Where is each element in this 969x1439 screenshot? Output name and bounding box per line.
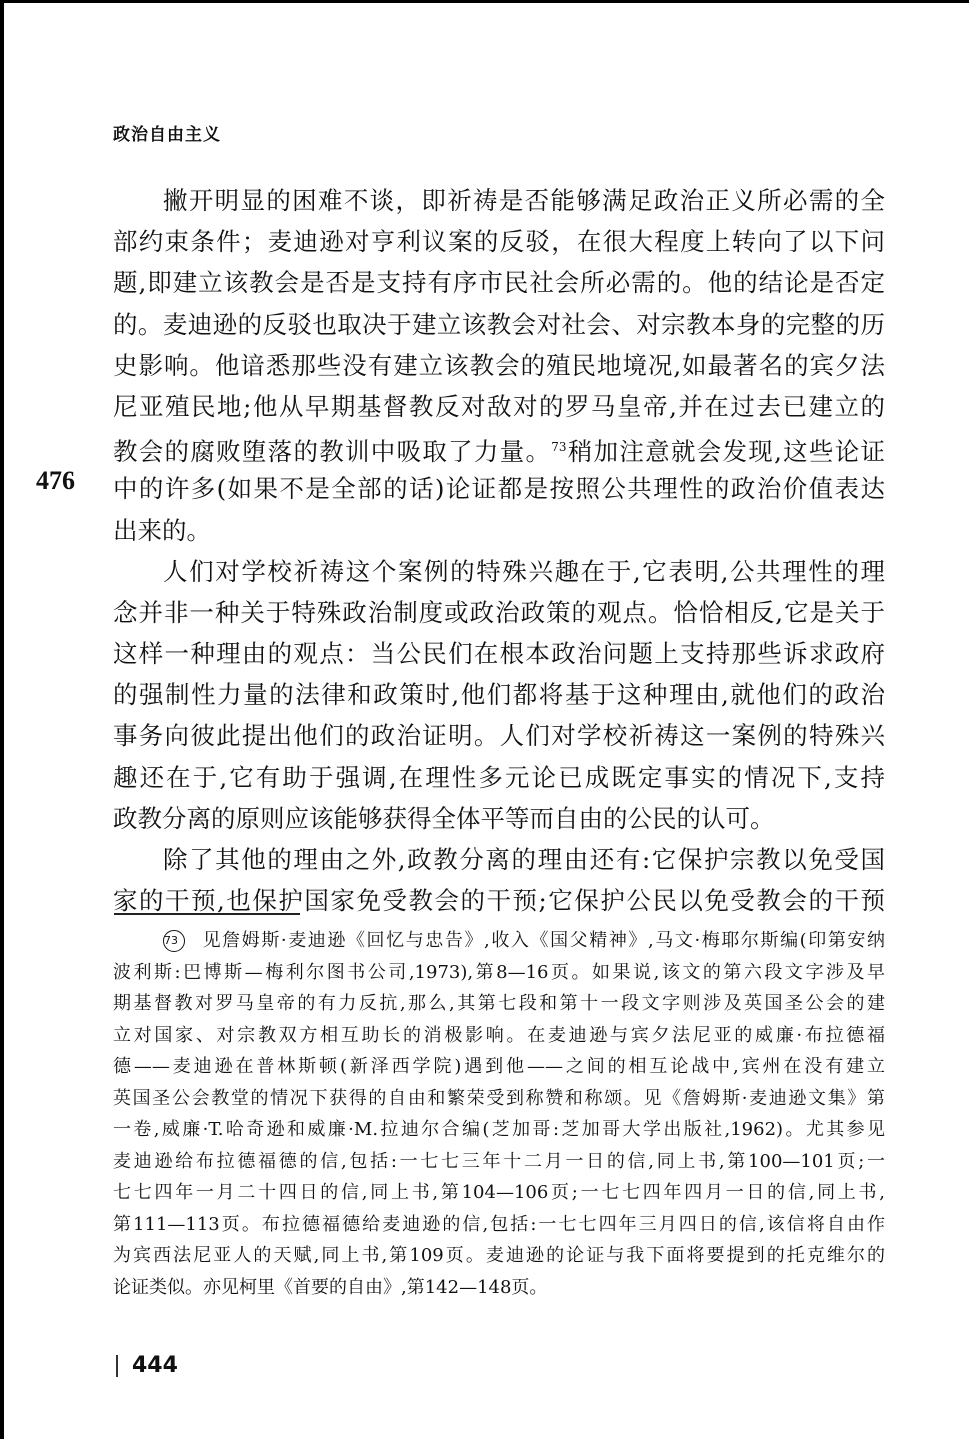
footnote-line: 波利斯:巴博斯—梅利尔图书公司,1973),第8—16页。如果说,该文的第六段文… [113,957,885,989]
page-number: 444 [132,1353,178,1378]
footnote-line: 第111—113页。布拉德福德给麦迪逊的信,包括:一七七四年三月四日的信,该信将… [113,1209,885,1241]
body-text: 撇开明显的困难不谈，即祈祷是否能够满足政治正义所必需的全 部约束条件；麦迪逊对亨… [113,180,885,921]
footnote-number-badge: 73 [163,930,185,952]
footnote-line: 七七四年一月二十四日的信,同上书,第104—106页;一七七四年四月一日的信,同… [113,1177,885,1209]
text-line: 这样一种理由的观点：当公民们在根本政治问题上支持那些诉求政府 [113,633,885,674]
page-border-left [0,0,4,1439]
text-line: 中的许多(如果不是全部的话)论证都是按照公共理性的政治价值表达 [113,468,885,509]
text-line: 部约束条件；麦迪逊对亨利议案的反驳，在很大程度上转向了以下问 [113,221,885,262]
text-line: 史影响。他谙悉那些没有建立该教会的殖民地境况,如最著名的宾夕法 [113,345,885,386]
text-line: 尼亚殖民地;他从早期基督教反对敌对的罗马皇帝,并在过去已建立的 [113,386,885,427]
text-line: 趣还在于,它有助于强调,在理性多元论已成既定事实的情况下,支持 [113,757,885,798]
text-line: 念并非一种关于特殊政治制度或政治政策的观点。恰恰相反,它是关于 [113,592,885,633]
text-line: 政教分离的原则应该能够获得全体平等而自由的公民的认可。 [113,798,885,839]
text-line: 的强制性力量的法律和政策时,他们都将基于这种理由,就他们的政治 [113,674,885,715]
folio: 444 [116,1353,178,1378]
footnote-line: 期基督教对罗马皇帝的有力反抗,那么,其第七段和第十一段文字则涉及英国圣公会的建 [113,988,885,1020]
footnote-line: 立对国家、对宗教双方相互助长的消极影响。在麦迪逊与宾夕法尼亚的威廉·布拉德福 [113,1020,885,1052]
footnote-text: 见詹姆斯·麦迪逊《回忆与忠告》,收入《国父精神》,马文·梅耶尔斯编(印第安纳 [201,930,885,951]
text-line: 事务向彼此提出他们的政治证明。人们对学校祈祷这一案例的特殊兴 [113,715,885,756]
text-line: 撇开明显的困难不谈，即祈祷是否能够满足政治正义所必需的全 [113,180,885,221]
footnote-line: 论证类似。亦见柯里《首要的自由》,第142—148页。 [113,1272,885,1304]
text-line: 出来的。 [113,510,885,551]
footnote-line: 73见詹姆斯·麦迪逊《回忆与忠告》,收入《国父精神》,马文·梅耶尔斯编(印第安纳 [113,925,885,957]
footnote-separator [114,913,300,915]
footnote-line: 英国圣公会教堂的情况下获得的自由和繁荣受到称赞和称颂。见《詹姆斯·麦迪逊文集》第 [113,1083,885,1115]
text-line: 的。麦迪逊的反驳也取决于建立该教会对社会、对宗教本身的完整的历 [113,304,885,345]
text-line: 题,即建立该教会是否是支持有序市民社会所必需的。他的结论是否定 [113,262,885,303]
text-segment: 教会的腐败堕落的教训中吸取了力量。 [113,437,551,466]
text-line: 除了其他的理由之外,政教分离的理由还有:它保护宗教以免受国 [113,839,885,880]
text-line: 人们对学校祈祷这个案例的特殊兴趣在于,它表明,公共理性的理 [113,551,885,592]
margin-page-number: 476 [36,466,75,496]
footnote-line: 德——麦迪逊在普林斯顿(新泽西学院)遇到他——之间的相互论战中,宾州在没有建立 [113,1051,885,1083]
footnote-reference[interactable]: 73 [551,440,566,454]
page-border-top [0,0,969,3]
footnote-line: 一卷,威廉·T.哈奇逊和威廉·M.拉迪尔合编(芝加哥:芝加哥大学出版社,1962… [113,1114,885,1146]
footnote-73: 73见詹姆斯·麦迪逊《回忆与忠告》,收入《国父精神》,马文·梅耶尔斯编(印第安纳… [113,925,885,1303]
text-segment: 稍加注意就会发现,这些论证 [567,437,885,466]
running-head: 政治自由主义 [113,120,221,145]
footnote-line: 为宾西法尼亚人的天赋,同上书,第109页。麦迪逊的论证与我下面将要提到的托克维尔… [113,1240,885,1272]
text-line: 家的干预,也保护国家免受教会的干预;它保护公民以免受教会的干预 [113,880,885,921]
footnote-line: 麦迪逊给布拉德福德的信,包括:一七七三年十二月一日的信,同上书,第100—101… [113,1146,885,1178]
folio-bar [116,1355,118,1377]
text-line-with-footnote-ref: 教会的腐败堕落的教训中吸取了力量。73稍加注意就会发现,这些论证 [113,427,885,468]
